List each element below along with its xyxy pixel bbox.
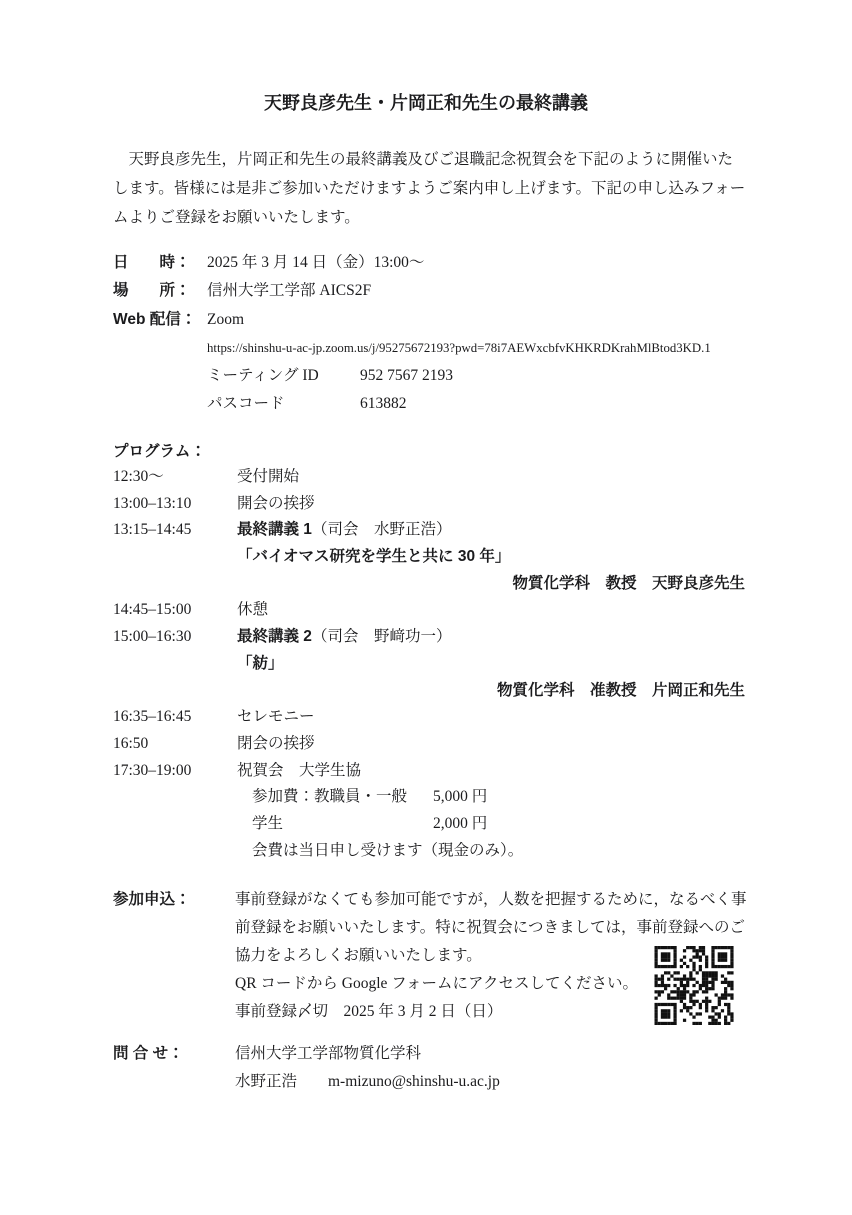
program-time: 14:45–15:00: [113, 597, 237, 624]
contact-email-link[interactable]: m-mizuno@shinshu-u.ac.jp: [328, 1073, 500, 1090]
meeting-id-label: ミーティング ID: [207, 362, 360, 390]
program-activity: 祝賀会 大学生協: [237, 758, 745, 785]
fee-label: 学生: [252, 811, 433, 838]
lecture-title: 最終講義 2: [237, 628, 312, 645]
program-row: 「バイオマス研究を学生と共に 30 年」: [113, 544, 745, 571]
contact-person: 水野正浩: [235, 1068, 328, 1096]
program-row: 12:30～ 受付開始: [113, 464, 745, 491]
fee-row: 参加費：教職員・一般 5,000 円: [252, 784, 745, 811]
program-activity: セレモニー: [237, 704, 745, 731]
program-time: 13:15–14:45: [113, 517, 237, 544]
meeting-id-value: 952 7567 2193: [360, 362, 453, 390]
fee-label: 参加費：教職員・一般: [252, 784, 433, 811]
place-value: 信州大学工学部 AICS2F: [207, 277, 371, 305]
program-row: 14:45–15:00 休憩: [113, 597, 745, 624]
datetime-row: 日 時： 2025 年 3 月 14 日（金）13:00～: [113, 249, 793, 277]
zoom-url-link[interactable]: https://shinshu-u-ac-jp.zoom.us/j/952756…: [207, 341, 711, 355]
lecturer-line: 物質化学科 教授 天野良彦先生: [113, 571, 745, 598]
passcode-label: パスコード: [207, 390, 360, 418]
program-row: 16:35–16:45 セレモニー: [113, 704, 745, 731]
fee-value: 5,000 円: [433, 784, 487, 811]
program-activity: 受付開始: [237, 464, 745, 491]
qr-code-icon: [654, 946, 734, 1025]
contact-heading: 問 合 せ：: [113, 1040, 184, 1068]
program-activity: 閉会の挨拶: [237, 731, 745, 758]
program-time: 16:35–16:45: [113, 704, 237, 731]
program-time: 13:00–13:10: [113, 491, 237, 518]
fee-value: 2,000 円: [433, 811, 487, 838]
lecture-chair: （司会 水野正浩）: [312, 521, 452, 538]
lecture-subject: 「バイオマス研究を学生と共に 30 年」: [237, 544, 745, 571]
zoom-url-line: https://shinshu-u-ac-jp.zoom.us/j/952756…: [207, 334, 793, 362]
lecturer-line: 物質化学科 准教授 片岡正和先生: [113, 678, 745, 705]
program-row: 15:00–16:30 最終講義 2（司会 野﨑功一）: [113, 624, 745, 651]
web-value: Zoom: [207, 306, 244, 334]
passcode-row: パスコード 613882: [207, 390, 793, 418]
contact-block: 信州大学工学部物質化学科 水野正浩m-mizuno@shinshu-u.ac.j…: [235, 1040, 500, 1096]
program-row: 16:50 閉会の挨拶: [113, 731, 745, 758]
program-row: 13:00–13:10 開会の挨拶: [113, 491, 745, 518]
datetime-value: 2025 年 3 月 14 日（金）13:00～: [207, 249, 424, 277]
program-time: [113, 544, 237, 571]
program-row: 「紡」: [113, 651, 745, 678]
place-row: 場 所： 信州大学工学部 AICS2F: [113, 277, 793, 305]
place-label: 場 所：: [113, 277, 207, 305]
event-info-block: 日 時： 2025 年 3 月 14 日（金）13:00～ 場 所： 信州大学工…: [113, 249, 793, 419]
program-row: 17:30–19:00 祝賀会 大学生協: [113, 758, 745, 785]
program-time: 17:30–19:00: [113, 758, 237, 785]
fee-note-row: 会費は当日申し受けます（現金のみ）。: [252, 838, 745, 865]
web-label: Web 配信：: [113, 306, 207, 334]
fee-note: 会費は当日申し受けます（現金のみ）。: [252, 838, 523, 865]
program-heading: プログラム：: [113, 438, 206, 465]
intro-paragraph: 天野良彦先生，片岡正和先生の最終講義及びご退職記念祝賀会を下記のように開催いた …: [113, 145, 773, 232]
lecture-chair: （司会 野﨑功一）: [312, 628, 452, 645]
page-title: 天野良彦先生・片岡正和先生の最終講義: [0, 91, 852, 115]
program-time: 16:50: [113, 731, 237, 758]
meeting-id-row: ミーティング ID 952 7567 2193: [207, 362, 793, 390]
program-activity: 最終講義 1（司会 水野正浩）: [237, 517, 745, 544]
program-time: 15:00–16:30: [113, 624, 237, 651]
lecture-title: 最終講義 1: [237, 521, 312, 538]
apply-heading: 参加申込：: [113, 886, 191, 914]
program-schedule: 12:30～ 受付開始 13:00–13:10 開会の挨拶 13:15–14:4…: [113, 464, 745, 864]
datetime-label: 日 時：: [113, 249, 207, 277]
program-time: [113, 651, 237, 678]
program-activity: 休憩: [237, 597, 745, 624]
program-time: 12:30～: [113, 464, 237, 491]
fee-row: 学生 2,000 円: [252, 811, 745, 838]
document-page: 天野良彦先生・片岡正和先生の最終講義 天野良彦先生，片岡正和先生の最終講義及びご…: [0, 0, 852, 1215]
zoom-details: https://shinshu-u-ac-jp.zoom.us/j/952756…: [207, 334, 793, 419]
contact-org: 信州大学工学部物質化学科: [235, 1040, 500, 1068]
lecture-subject: 「紡」: [237, 651, 745, 678]
program-activity: 最終講義 2（司会 野﨑功一）: [237, 624, 745, 651]
web-row: Web 配信： Zoom: [113, 306, 793, 334]
program-row: 13:15–14:45 最終講義 1（司会 水野正浩）: [113, 517, 745, 544]
program-activity: 開会の挨拶: [237, 491, 745, 518]
passcode-value: 613882: [360, 390, 407, 418]
contact-person-row: 水野正浩m-mizuno@shinshu-u.ac.jp: [235, 1068, 500, 1096]
